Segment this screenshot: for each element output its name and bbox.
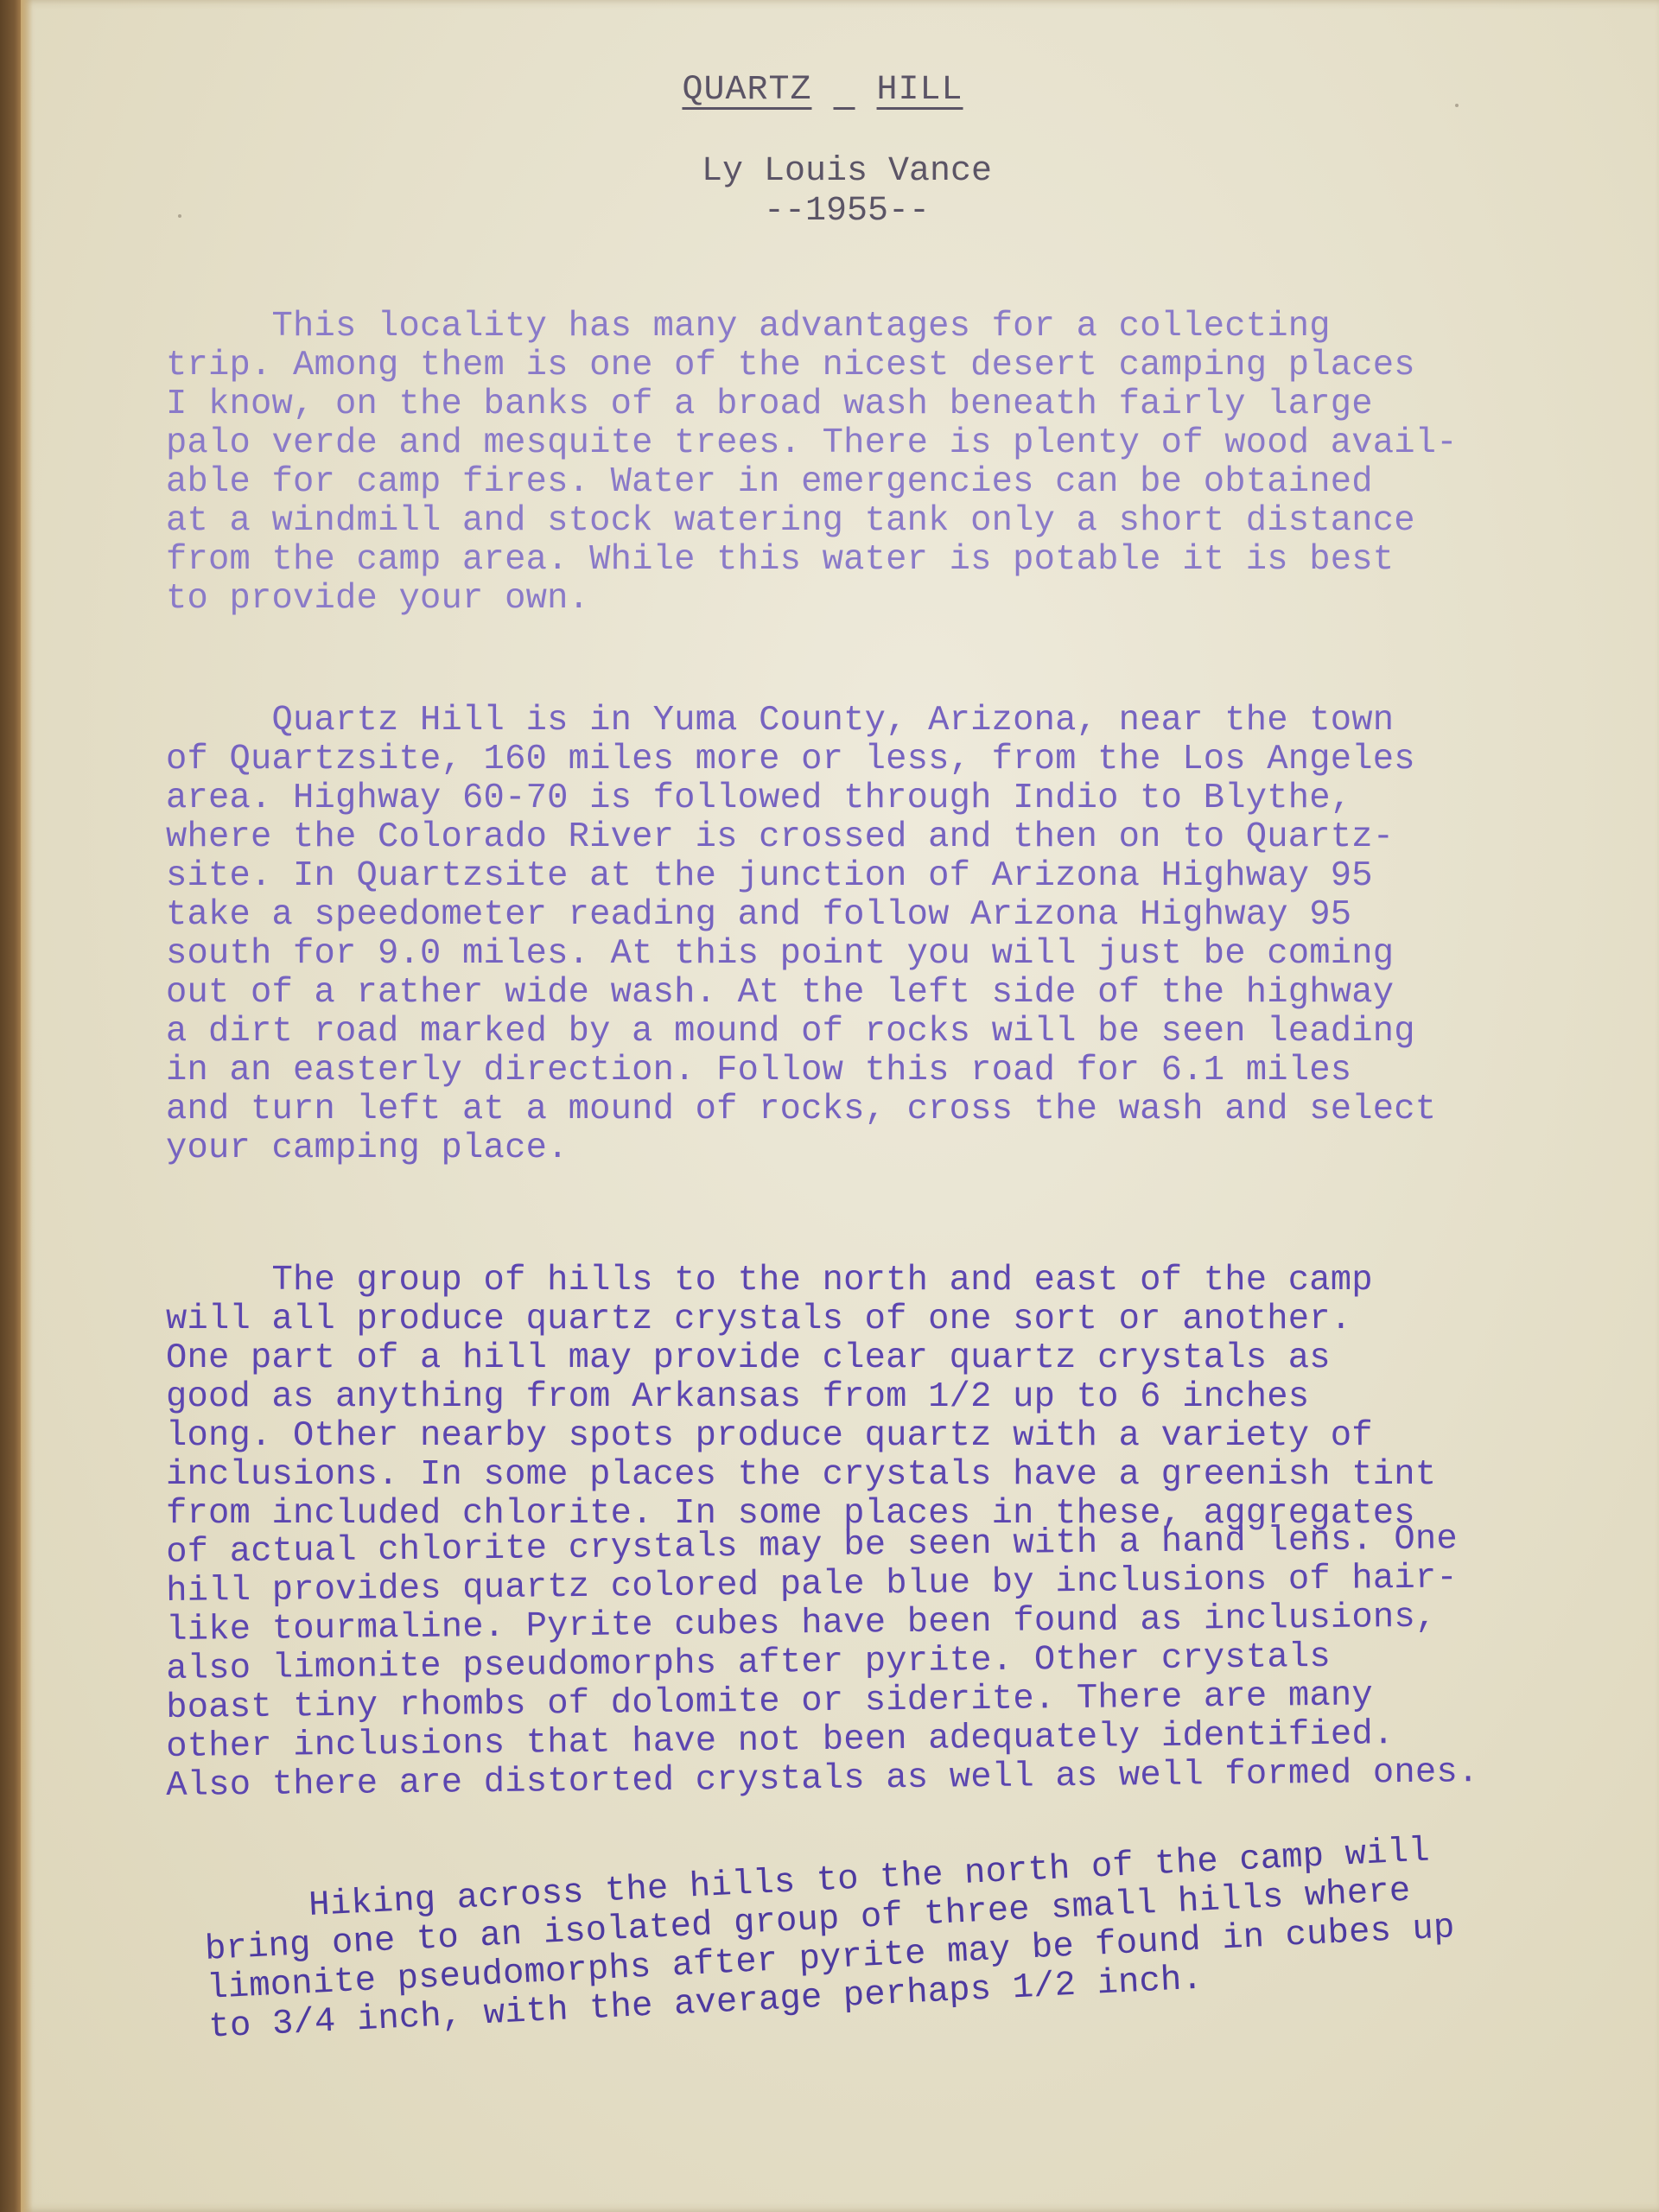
paragraph-crystals: The group of hills to the north and east… — [166, 1262, 1635, 1806]
text-line: from the camp area. While this water is … — [166, 541, 1635, 580]
paper-speck — [178, 214, 181, 218]
text-line: a dirt road marked by a mound of rocks w… — [166, 1013, 1635, 1052]
text-line: One part of a hill may provide clear qua… — [166, 1339, 1635, 1378]
text-line: your camping place. — [166, 1129, 1635, 1168]
text-line: inclusions. In some places the crystals … — [166, 1456, 1635, 1495]
text-line: in an easterly direction. Follow this ro… — [166, 1052, 1635, 1090]
text-line: and turn left at a mound of rocks, cross… — [166, 1090, 1635, 1129]
paper-speck — [1455, 104, 1459, 107]
title-word-1: QUARTZ — [682, 71, 811, 110]
text-line: palo verde and mesquite trees. There is … — [166, 424, 1635, 463]
text-line: Quartz Hill is in Yuma County, Arizona, … — [166, 702, 1635, 741]
author-byline: Ly Louis Vance — [28, 152, 1659, 191]
text-line: area. Highway 60-70 is followed through … — [166, 779, 1635, 818]
text-line: trip. Among them is one of the nicest de… — [166, 346, 1635, 385]
text-line: good as anything from Arkansas from 1/2 … — [166, 1378, 1635, 1417]
paragraph-directions: Quartz Hill is in Yuma County, Arizona, … — [166, 702, 1635, 1168]
paragraph-pseudomorphs: Hiking across the hills to the north of … — [202, 1821, 1659, 2048]
text-line: out of a rather wide wash. At the left s… — [166, 974, 1635, 1013]
page-edge-shadow — [21, 0, 33, 2212]
text-line: site. In Quartzsite at the junction of A… — [166, 857, 1635, 896]
text-line: to provide your own. — [166, 580, 1635, 619]
text-line: long. Other nearby spots produce quartz … — [166, 1417, 1635, 1456]
book-binding-edge — [0, 0, 21, 2212]
title-word-2: HILL — [877, 71, 963, 110]
typewritten-page: QUARTZ HILL Ly Louis Vance --1955-- This… — [21, 0, 1659, 2212]
document-title: QUARTZ HILL — [3, 71, 1642, 110]
text-line: This locality has many advantages for a … — [166, 308, 1635, 346]
paragraph-camping: This locality has many advantages for a … — [166, 308, 1635, 619]
text-line: able for camp fires. Water in emergencie… — [166, 463, 1635, 502]
text-line: where the Colorado River is crossed and … — [166, 818, 1635, 857]
text-line: The group of hills to the north and east… — [166, 1262, 1635, 1300]
text-line: at a windmill and stock watering tank on… — [166, 502, 1635, 541]
text-line: take a speedometer reading and follow Ar… — [166, 896, 1635, 935]
text-line: I know, on the banks of a broad wash ben… — [166, 385, 1635, 424]
publication-year: --1955-- — [28, 192, 1659, 231]
text-line: will all produce quartz crystals of one … — [166, 1300, 1635, 1339]
text-line: of Quartzsite, 160 miles more or less, f… — [166, 741, 1635, 779]
text-line: south for 9.0 miles. At this point you w… — [166, 935, 1635, 974]
